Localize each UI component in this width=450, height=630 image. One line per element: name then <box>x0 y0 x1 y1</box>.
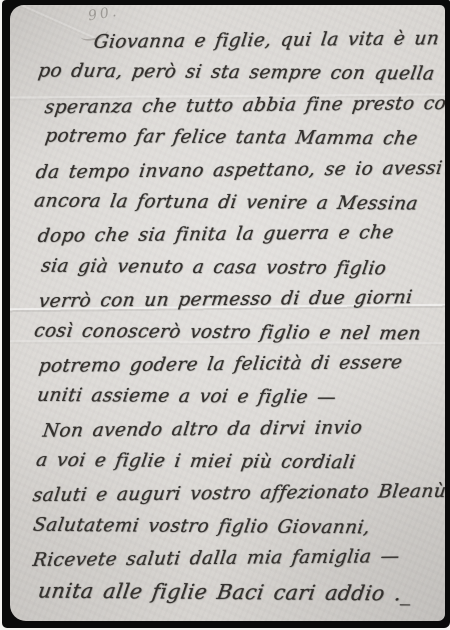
letter-line: sia già venuto a casa vostro figlio <box>41 252 443 284</box>
letter-line-text: verrò con un permesso di due giorni <box>37 282 415 318</box>
letter-line-text: Ricevete saluti dalla mia famiglia — <box>31 541 402 577</box>
letter-line-text: saluti e auguri vostro affezionato Blean… <box>31 476 445 513</box>
letter-line-text: ancora la fortuna di venire a Messina <box>32 185 420 220</box>
letter-line: a voi e figlie i miei più cordiali <box>36 446 443 478</box>
letter-line-text: così conoscerò vostro figlio e nel men <box>32 315 423 350</box>
letter-line-text: sia già venuto a casa vostro figlio <box>39 250 389 285</box>
letter-line-text: dopo che sia finita la guerra e che <box>36 217 396 253</box>
letter-line-text: a voi e figlie i miei più cordiali <box>34 445 358 480</box>
letter-paper: 90. Giovanna e figlie, qui la vita è unp… <box>10 5 445 621</box>
letter-line: Salutatemi vostro figlio Giovanni, <box>33 511 443 543</box>
letter-line-text: da tempo invano aspettano, se io avessi <box>34 152 445 189</box>
letter-line: Giovanna e figlie, qui la vita è un <box>94 25 443 57</box>
letter-body: Giovanna e figlie, qui la vita è unpo du… <box>32 25 443 621</box>
letter-line: saluti e auguri vostro affezionato Blean… <box>33 478 443 510</box>
letter-line: potremo far felice tanta Mamma che <box>45 122 443 154</box>
letter-line: dopo che sia finita la guerra e che <box>38 219 443 251</box>
letter-line: unita alle figlie Baci cari addio ._ <box>38 576 443 608</box>
letter-line: Ricevete saluti dalla mia famiglia — <box>33 543 443 575</box>
letter-line-text: potremo far felice tanta Mamma che <box>43 121 420 156</box>
letter-line: verrò con un permesso di due giorni <box>39 284 443 316</box>
scanned-letter-page: 90. Giovanna e figlie, qui la vita è unp… <box>0 0 450 630</box>
letter-line-text: unita alle figlie Baci cari addio ._ <box>36 574 415 609</box>
letter-line: uniti assieme a voi e figlie — <box>37 381 443 413</box>
letter-line-text: uniti assieme a voi e figlie — <box>35 380 339 415</box>
letter-line-text: Salutatemi vostro figlio Giovanni, <box>31 510 373 545</box>
letter-line: da tempo invano aspettano, se io avessi <box>36 155 443 187</box>
letter-line: così conoscerò vostro figlio e nel men <box>34 317 443 349</box>
letter-line-text: speranza che tutto abbia fine presto cos… <box>43 88 445 125</box>
letter-line-text: Non avendo altro da dirvi invio <box>41 412 365 448</box>
letter-line-text: po dura, però si sta sempre con quella <box>36 56 437 92</box>
letter-line: Non avendo altro da dirvi invio <box>43 414 443 446</box>
letter-line: potremo godere la felicità di essere <box>39 349 443 381</box>
letter-line: po dura, però si sta sempre con quella <box>38 57 443 89</box>
letter-line-text: potremo godere la felicità di essere <box>37 347 405 383</box>
letter-line: ancora la fortuna di venire a Messina <box>34 187 443 219</box>
pencil-annotation: 90. <box>87 5 120 24</box>
letter-line-text: Giovanna e figlie, qui la vita è un <box>92 23 442 59</box>
letter-line: speranza che tutto abbia fine presto cos… <box>45 90 443 122</box>
